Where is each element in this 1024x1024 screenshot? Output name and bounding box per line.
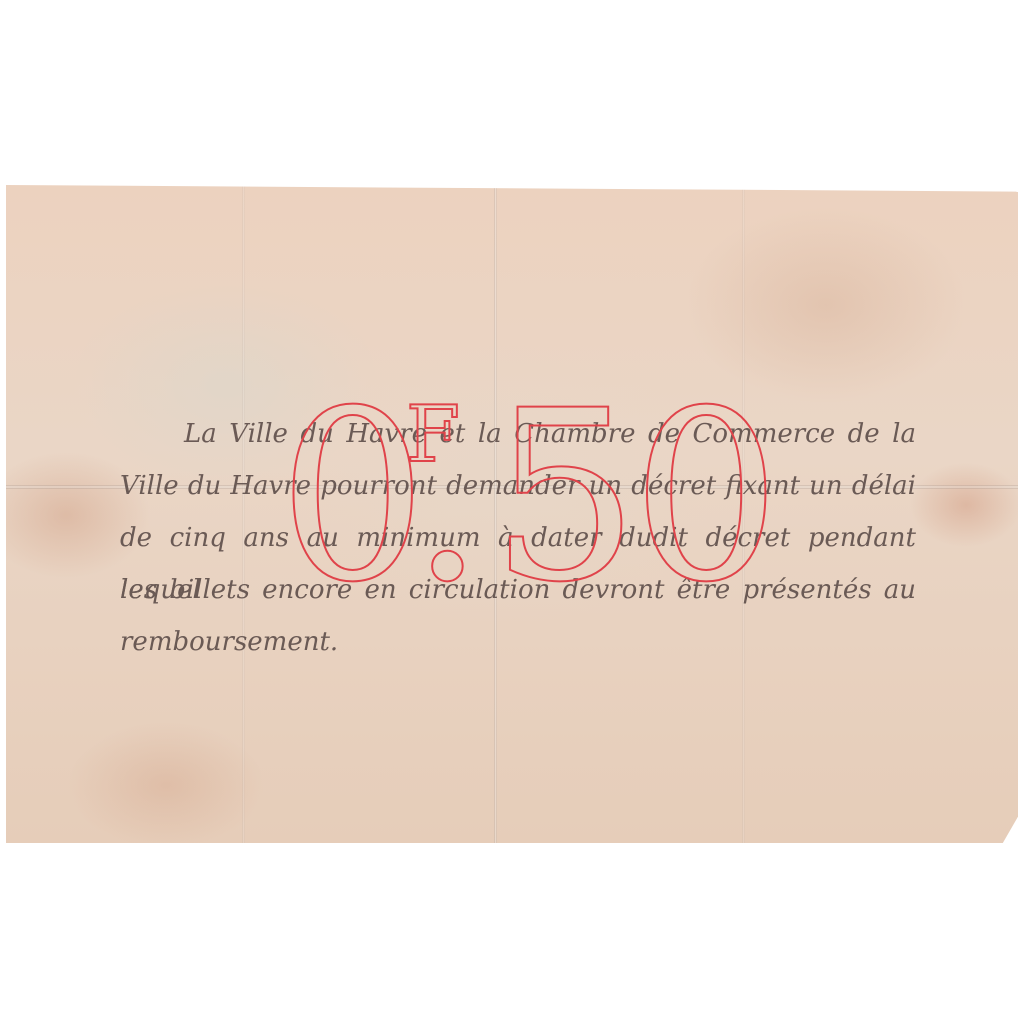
denomination-fraction: 50 <box>490 380 773 615</box>
denomination-overprint: 0 F . 50 <box>278 380 758 620</box>
denomination-decimal-point: . <box>410 380 485 615</box>
